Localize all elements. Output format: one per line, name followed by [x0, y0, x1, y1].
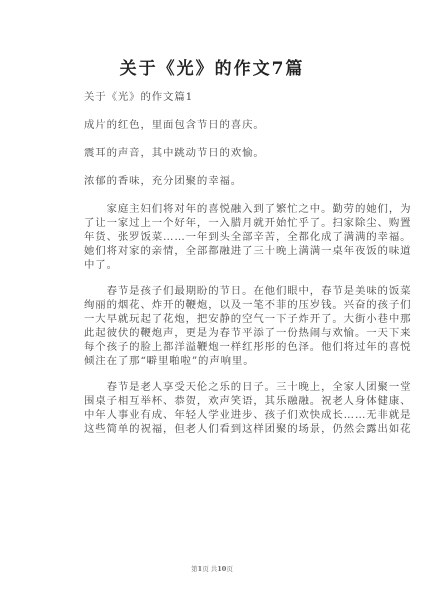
short-line: 震耳的声音，其中跳动节日的欢愉。	[84, 146, 300, 160]
paragraph-line: 中了。	[84, 258, 300, 272]
page-footer: 第1页 共10页	[0, 564, 424, 573]
paragraph: 家庭主妇们将对年的喜悦融入到了繁忙之中。勤劳的她们，为 了让一家过上一个好年，一…	[84, 202, 300, 272]
paragraph-line: 这些简单的祝福，但老人们看到这样团聚的场景，仍然会露出如花	[84, 422, 300, 436]
paragraph-line: 春节是老人享受天伦之乐的日子。三十晚上，全家人团聚一堂	[84, 380, 300, 394]
paragraph-line: 春节是孩子们最期盼的节日。在他们眼中，春节是美味的饭菜	[84, 284, 300, 298]
paragraph-line: 家庭主妇们将对年的喜悦融入到了繁忙之中。勤劳的她们，为	[84, 202, 300, 216]
total-page-count: 10	[217, 565, 226, 573]
short-line: 浓郁的香味，充分团聚的幸福。	[84, 174, 300, 188]
essay-subtitle: 关于《光》的作文篇1	[84, 90, 300, 104]
paragraph-line: 绚丽的烟花、炸开的鞭炮，以及一笔不菲的压岁钱。兴奋的孩子们	[84, 298, 300, 312]
paragraph: 春节是孩子们最期盼的节日。在他们眼中，春节是美味的饭菜 绚丽的烟花、炸开的鞭炮，…	[84, 284, 300, 368]
document-title: 关于《光》的作文7篇	[0, 54, 424, 79]
footer-suffix: 页	[226, 565, 233, 573]
paragraph-line: 倾注在了那“噼里啪啦”的声响里。	[84, 354, 300, 368]
paragraph-line: 中年人事业有成、年轻人学业进步、孩子们欢快成长……无非就是	[84, 408, 300, 422]
short-line: 成片的红色，里面包含节日的喜庆。	[84, 118, 300, 132]
paragraph-line: 她们将对家的亲情，全部都融进了三十晚上满满一桌年夜饭的味道	[84, 244, 300, 258]
paragraph: 春节是老人享受天伦之乐的日子。三十晚上，全家人团聚一堂 围桌子相互举杯、恭贺，欢…	[84, 380, 300, 436]
paragraph-line: 了让一家过上一个好年，一入腊月就开始忙乎了。扫家除尘、购置	[84, 216, 300, 230]
paragraph-line: 每个孩子的脸上都洋溢鞭炮一样红彤彤的色泽。他们将过年的喜悦	[84, 340, 300, 354]
paragraph-line: 年货、张罗饭菜……一年到头全部辛苦，全都化成了满满的幸福。	[84, 230, 300, 244]
document-page: 关于《光》的作文7篇 关于《光》的作文篇1 成片的红色，里面包含节日的喜庆。 震…	[0, 0, 424, 600]
footer-middle: 页 共	[202, 565, 217, 573]
paragraph-line: 一大早就玩起了花炮，把安静的空气一下子炸开了。大街小巷中那	[84, 312, 300, 326]
paragraph-line: 此起彼伏的鞭炮声，更是为春节平添了一份热闹与欢愉。一天下来	[84, 326, 300, 340]
document-body: 关于《光》的作文篇1 成片的红色，里面包含节日的喜庆。 震耳的声音，其中跳动节日…	[84, 90, 300, 436]
paragraph-line: 围桌子相互举杯、恭贺，欢声笑语，其乐融融。祝老人身体健康、	[84, 394, 300, 408]
